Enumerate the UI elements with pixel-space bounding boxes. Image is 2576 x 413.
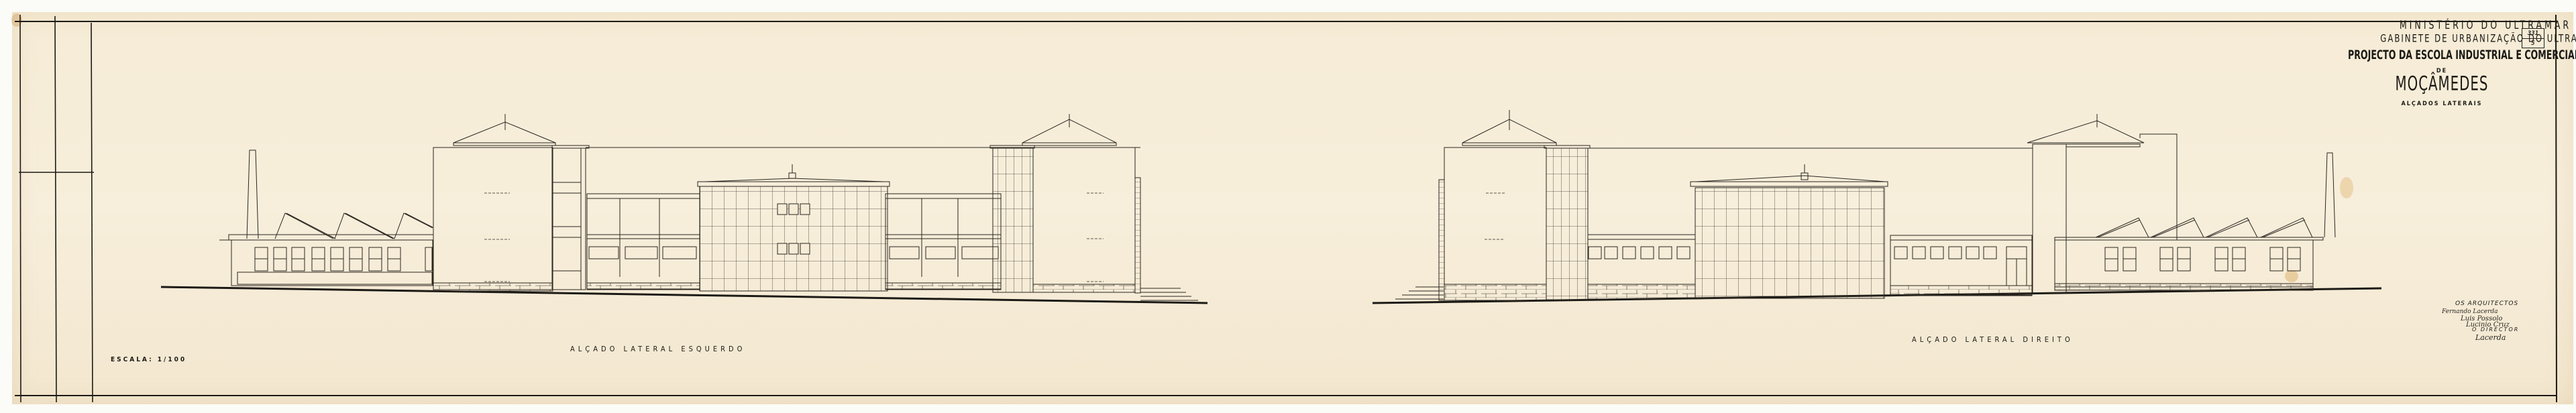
workshop-windows: [255, 247, 432, 271]
sawtooth-roof: [2096, 218, 2312, 237]
glazed-tower: [993, 148, 1033, 292]
architects-label: Os Arquitectos: [2455, 300, 2518, 307]
town-name: Moçâmedes: [2388, 73, 2495, 96]
left-elevation: [161, 114, 1207, 303]
sheet-subject: Alçados Laterais: [2395, 101, 2489, 107]
architect-signature-1: Fernando Lacerda: [2442, 308, 2498, 315]
right-elevation: [1373, 110, 2381, 303]
glazed-hall: [700, 186, 888, 291]
sheet-frame: [15, 15, 2557, 402]
director-label: O Director: [2472, 327, 2519, 333]
sheet-number-box: 331 5: [2522, 28, 2544, 48]
scale-label: Escala: 1/100: [111, 356, 186, 363]
sheet-number-top: 331: [2522, 29, 2544, 39]
left-elevation-caption: Alçado Lateral Esquerdo: [570, 345, 745, 353]
tower-bands: [552, 182, 581, 271]
right-elevation-caption: Alçado Lateral Direito: [1912, 335, 2074, 344]
ministry-title: Ministério do Ultramar: [2395, 19, 2576, 32]
project-title: Projecto da Escola Industrial e Comercia…: [2348, 49, 2529, 63]
elevation-drawings: [0, 0, 2576, 413]
workshop-windows: [2105, 247, 2300, 271]
chimney: [2324, 153, 2335, 237]
director-name-signature: Lacerda: [2475, 333, 2506, 342]
external-stair: [1395, 287, 1444, 299]
sheet-number-bottom: 5: [2522, 39, 2544, 48]
chimney: [247, 150, 258, 239]
hipped-block: [433, 147, 553, 290]
wing-windows: [1894, 247, 1996, 259]
level-marks: [484, 193, 510, 282]
wing-windows: [1589, 247, 1690, 259]
external-stair: [1140, 288, 1198, 300]
